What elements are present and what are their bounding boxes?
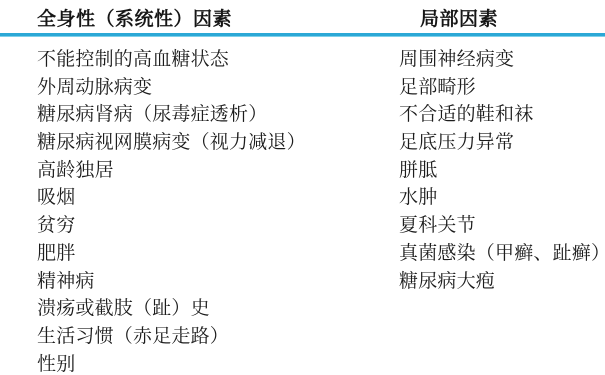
list-item: 外周动脉病变	[37, 74, 306, 102]
list-item: 胼胝	[399, 157, 605, 185]
list-item: 不合适的鞋和袜	[399, 101, 605, 129]
list-item: 不能控制的高血糖状态	[37, 46, 306, 74]
list-item: 肥胖	[37, 240, 306, 268]
risk-factor-table: 全身性（系统性）因素 局部因素 不能控制的高血糖状态外周动脉病变糖尿病肾病（尿毒…	[0, 0, 605, 375]
list-item: 高龄独居	[37, 157, 306, 185]
local-factors-list: 周围神经病变足部畸形不合适的鞋和袜足底压力异常胼胝水肿夏科关节真菌感染（甲癣、趾…	[399, 46, 605, 295]
list-item: 吸烟	[37, 184, 306, 212]
list-item: 足底压力异常	[399, 129, 605, 157]
list-item: 水肿	[399, 184, 605, 212]
local-factors-header: 局部因素	[420, 7, 498, 31]
list-item: 真菌感染（甲癣、趾癣）	[399, 240, 605, 268]
list-item: 性别	[37, 351, 306, 375]
systemic-factors-header: 全身性（系统性）因素	[37, 7, 232, 31]
systemic-factors-list: 不能控制的高血糖状态外周动脉病变糖尿病肾病（尿毒症透析）糖尿病视网膜病变（视力减…	[37, 46, 306, 375]
list-item: 夏科关节	[399, 212, 605, 240]
list-item: 周围神经病变	[399, 46, 605, 74]
header-divider-rule	[0, 33, 605, 37]
list-item: 生活习惯（赤足走路）	[37, 323, 306, 351]
list-item: 溃疡或截肢（趾）史	[37, 295, 306, 323]
list-item: 糖尿病大疱	[399, 268, 605, 296]
list-item: 贫穷	[37, 212, 306, 240]
list-item: 糖尿病肾病（尿毒症透析）	[37, 101, 306, 129]
list-item: 足部畸形	[399, 74, 605, 102]
list-item: 精神病	[37, 268, 306, 296]
list-item: 糖尿病视网膜病变（视力减退）	[37, 129, 306, 157]
